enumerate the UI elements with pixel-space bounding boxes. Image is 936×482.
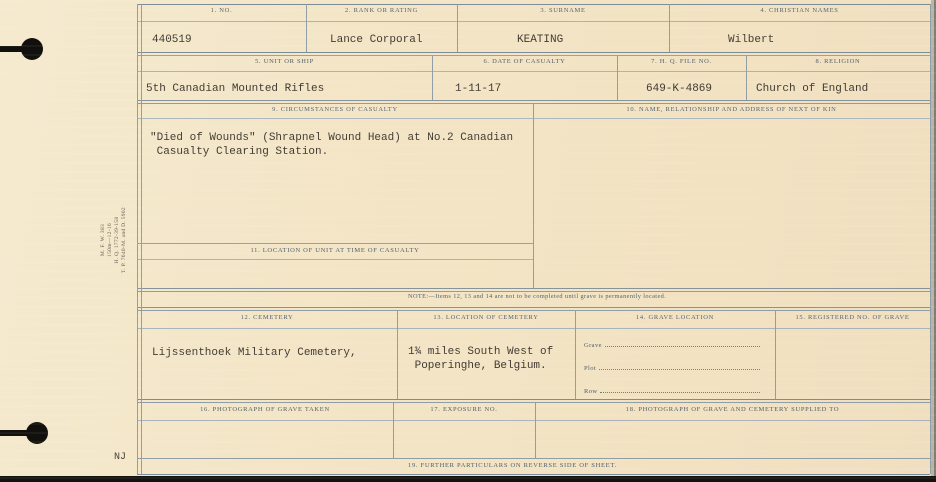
divider-h — [137, 243, 533, 244]
grave-row-label: Row — [584, 388, 597, 395]
field-label-religion: 8. RELIGION — [746, 58, 930, 65]
grave-row-label: Grave — [584, 342, 602, 349]
field-label-unit: 5. UNIT OR SHIP — [137, 58, 432, 65]
field-value-circumstances: "Died of Wounds" (Shrapnel Wound Head) a… — [150, 131, 513, 159]
field-label-photo-taken: 16. PHOTOGRAPH OF GRAVE TAKEN — [137, 406, 393, 413]
divider-h — [137, 399, 930, 400]
divider-h — [137, 402, 930, 403]
field-label-unit-location: 11. LOCATION OF UNIT AT TIME OF CASUALTY — [137, 247, 533, 254]
divider-h — [137, 458, 930, 459]
field-value-religion: Church of England — [756, 82, 868, 96]
divider-h — [137, 100, 930, 101]
divider-v — [775, 310, 776, 399]
field-value-cemetery-location: 1¾ miles South West of Poperinghe, Belgi… — [408, 345, 553, 373]
field-value-cemetery: Lijssenthoek Military Cemetery, — [152, 346, 357, 360]
field-label-further-particulars: 19. FURTHER PARTICULARS ON REVERSE SIDE … — [408, 462, 617, 469]
dotted-leader — [605, 339, 760, 347]
stamp-line: M. F. W. 383 — [100, 184, 107, 296]
field-value-rank: Lance Corporal — [330, 33, 422, 47]
field-label-next-of-kin: 10. NAME, RELATIONSHIP AND ADDRESS OF NE… — [533, 106, 930, 113]
field-value-no: 440519 — [152, 33, 192, 47]
field-value-hq-file-no: 649-K-4869 — [646, 82, 712, 96]
divider-v — [397, 310, 398, 399]
divider-h — [137, 52, 930, 53]
field-label-photo-supplied: 18. PHOTOGRAPH OF GRAVE AND CEMETERY SUP… — [535, 406, 930, 413]
divider-h — [137, 55, 930, 56]
stamp-line: 150m—12-16 — [107, 184, 114, 296]
divider-h — [137, 474, 930, 475]
field-value-date-of-casualty: 1-11-17 — [455, 82, 501, 96]
divider-v — [141, 4, 142, 474]
scan-edge-bottom — [0, 476, 936, 482]
form-note: NOTE:—Items 12, 13 and 14 are not to be … — [408, 293, 666, 300]
dotted-leader — [599, 362, 760, 370]
field-value-unit: 5th Canadian Mounted Rifles — [146, 82, 324, 96]
field-value-surname: KEATING — [517, 33, 563, 47]
divider-h — [137, 21, 930, 22]
field-label-date-of-casualty: 6. DATE OF CASUALTY — [432, 58, 617, 65]
divider-h — [137, 328, 930, 329]
form-reference-stamp: M. F. W. 383 150m—12-16 H. Q. 1772-39-15… — [100, 184, 128, 296]
divider-v — [533, 103, 534, 288]
binder-hole-top — [21, 38, 43, 60]
binder-hole-bottom — [26, 422, 48, 444]
stamp-line: H. Q. 1772-39-158 — [114, 184, 121, 296]
divider-v — [575, 310, 576, 399]
field-label-circumstances: 9. CIRCUMSTANCES OF CASUALTY — [137, 106, 533, 113]
field-label-hq-file-no: 7. H. Q. FILE NO. — [617, 58, 746, 65]
record-card: M. F. W. 383 150m—12-16 H. Q. 1772-39-15… — [0, 0, 936, 482]
divider-h — [137, 4, 930, 5]
grave-location-row: Row — [584, 385, 760, 395]
divider-h — [137, 307, 930, 308]
divider-v — [137, 4, 138, 474]
field-value-christian-names: Wilbert — [728, 33, 774, 47]
divider-h — [137, 71, 930, 72]
divider-h — [137, 291, 930, 292]
field-label-christian-names: 4. CHRISTIAN NAMES — [669, 7, 930, 14]
grave-location-row: Plot — [584, 362, 760, 372]
grave-row-label: Plot — [584, 365, 596, 372]
field-label-rank: 2. RANK OR RATING — [306, 7, 457, 14]
field-label-surname: 3. SURNAME — [457, 7, 669, 14]
divider-h — [137, 259, 533, 260]
margin-annotation: NJ — [114, 452, 126, 463]
dotted-leader — [600, 385, 760, 393]
grave-location-row: Grave — [584, 339, 760, 349]
divider-h — [137, 420, 930, 421]
stamp-line: T. P. 7640-M. and D. 5902 — [121, 184, 128, 296]
field-label-cemetery-location: 13. LOCATION OF CEMETERY — [397, 314, 575, 321]
field-label-exposure-no: 17. EXPOSURE NO. — [393, 406, 535, 413]
field-label-registered-no: 15. REGISTERED NO. OF GRAVE — [775, 314, 930, 321]
field-label-grave-location: 14. GRAVE LOCATION — [575, 314, 775, 321]
divider-h — [137, 288, 930, 289]
field-label-no: 1. NO. — [137, 7, 306, 14]
field-label-cemetery: 12. CEMETERY — [137, 314, 397, 321]
divider-h — [137, 310, 930, 311]
